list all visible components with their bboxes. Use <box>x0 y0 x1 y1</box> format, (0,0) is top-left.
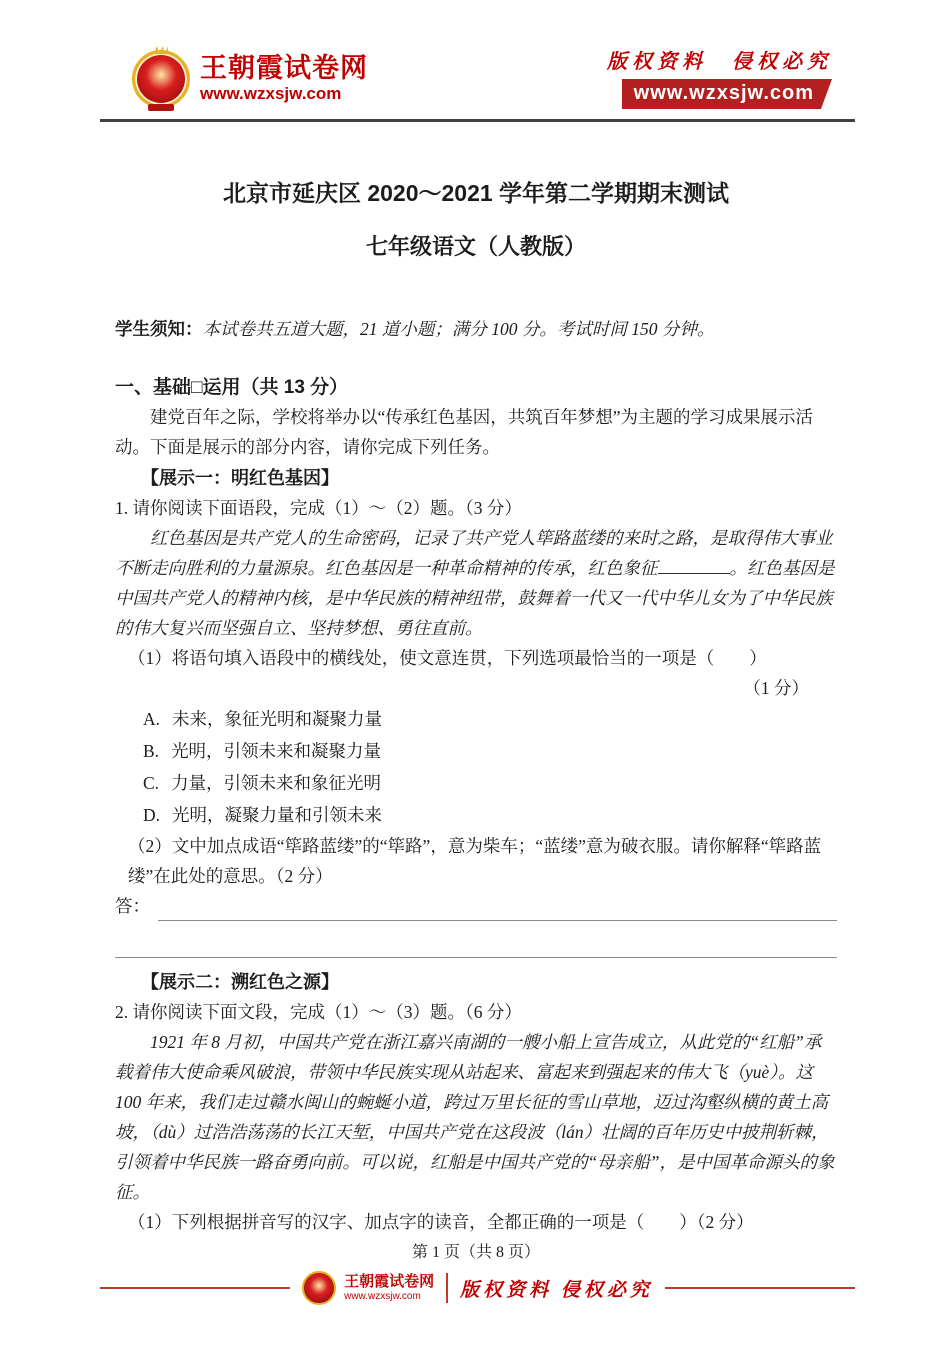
option-c-text: 力量，引领未来和象征光明 <box>171 773 381 793</box>
answer-line: 答： <box>115 891 837 921</box>
site-url: www.wzxsjw.com <box>200 84 368 104</box>
display-2-heading: 【展示二：溯红色之源】 <box>115 968 837 997</box>
answer-label: 答： <box>115 891 150 921</box>
footer-logo: 王朝霞试卷网 www.wzxsjw.com 版权资料 侵权必究 <box>290 1271 665 1305</box>
section-1-intro: 建党百年之际，学校将举办以“传承红色基因，共筑百年梦想”为主题的学习成果展示活动… <box>115 402 837 462</box>
option-b-text: 光明，引领未来和凝聚力量 <box>171 741 381 761</box>
option-a-text: 未来，象征光明和凝聚力量 <box>172 709 382 729</box>
footer-divider <box>446 1273 448 1303</box>
student-notice-label: 学生须知： <box>115 319 203 339</box>
option-b-label: B. <box>143 741 159 761</box>
footer-copyright-notice: 版权资料 侵权必究 <box>460 1275 653 1302</box>
question-1-2: （2）文中加点成语“筚路蓝缕”的“筚路”，意为柴车；“蓝缕”意为破衣服。请你解释… <box>115 831 837 891</box>
exam-body: 北京市延庆区 2020～2021 学年第二学期期末测试 七年级语文（人教版） 学… <box>0 178 952 1237</box>
footer-logo-text: 王朝霞试卷网 www.wzxsjw.com <box>344 1274 434 1302</box>
option-a-label: A. <box>143 709 160 729</box>
student-notice: 学生须知：本试卷共五道大题，21 道小题；满分 100 分。考试时间 150 分… <box>115 314 837 344</box>
exam-subtitle: 七年级语文（人教版） <box>115 232 837 262</box>
section-1-heading: 一、基础□运用（共 13 分） <box>115 374 837 402</box>
footer-site-url: www.wzxsjw.com <box>344 1291 434 1302</box>
crest-badge-icon <box>302 1271 336 1305</box>
footer-rule-left <box>100 1287 290 1289</box>
question-2-1: （1）下列根据拼音写的汉字、加点字的读音，全都正确的一项是（ ）（2 分） <box>115 1207 837 1237</box>
option-c: C.力量，引领未来和象征光明 <box>115 767 837 799</box>
header-divider <box>100 119 855 122</box>
option-d-text: 光明，凝聚力量和引领未来 <box>172 805 382 825</box>
exam-page: 王朝霞试卷网 www.wzxsjw.com 版权资料 侵权必究 www.wzxs… <box>0 0 952 1347</box>
copyright-notice: 版权资料 侵权必究 <box>607 50 832 74</box>
exam-title: 北京市延庆区 2020～2021 学年第二学期期末测试 <box>115 178 837 208</box>
question-2-stem: 2. 请你阅读下面文段，完成（1）～（3）题。（6 分） <box>115 997 837 1027</box>
student-notice-text: 本试卷共五道大题，21 道小题；满分 100 分。考试时间 150 分钟。 <box>203 319 715 339</box>
answer-blank-line-1 <box>158 896 837 921</box>
question-1-stem: 1. 请你阅读下面语段，完成（1）～（2）题。（3 分） <box>115 493 837 523</box>
option-b: B.光明，引领未来和凝聚力量 <box>115 735 837 767</box>
copyright-block: 版权资料 侵权必究 www.wzxsjw.com <box>607 50 832 109</box>
page-footer: 王朝霞试卷网 www.wzxsjw.com 版权资料 侵权必究 <box>100 1271 855 1305</box>
page-header: 王朝霞试卷网 www.wzxsjw.com 版权资料 侵权必究 www.wzxs… <box>0 0 952 109</box>
answer-blank-line-2 <box>115 957 837 958</box>
footer-site-name: 王朝霞试卷网 <box>344 1274 434 1291</box>
option-c-label: C. <box>143 773 159 793</box>
option-a: A.未来，象征光明和凝聚力量 <box>115 703 837 735</box>
page-number: 第 1 页（共 8 页） <box>0 1241 952 1265</box>
footer-rule-right <box>665 1287 855 1289</box>
passage-1: 红色基因是共产党人的生命密码，记录了共产党人筚路蓝缕的来时之路，是取得伟大事业不… <box>115 523 837 643</box>
crest-badge-icon <box>132 50 190 108</box>
question-1-1: （1）将语句填入语段中的横线处，使文意连贯，下列选项最恰当的一项是（ ） <box>115 643 837 673</box>
site-logo-text: 王朝霞试卷网 www.wzxsjw.com <box>200 54 368 104</box>
option-d: D.光明，凝聚力量和引领未来 <box>115 799 837 831</box>
url-banner: www.wzxsjw.com <box>622 79 832 109</box>
option-d-label: D. <box>143 805 160 825</box>
fill-in-blank-line <box>658 559 730 574</box>
question-1-1-points: （1 分） <box>115 673 837 703</box>
display-1-heading: 【展示一：明红色基因】 <box>115 464 837 493</box>
site-logo: 王朝霞试卷网 www.wzxsjw.com <box>132 50 368 108</box>
passage-2: 1921 年 8 月初，中国共产党在浙江嘉兴南湖的一艘小船上宣告成立，从此党的“… <box>115 1027 837 1207</box>
site-name: 王朝霞试卷网 <box>200 54 368 84</box>
